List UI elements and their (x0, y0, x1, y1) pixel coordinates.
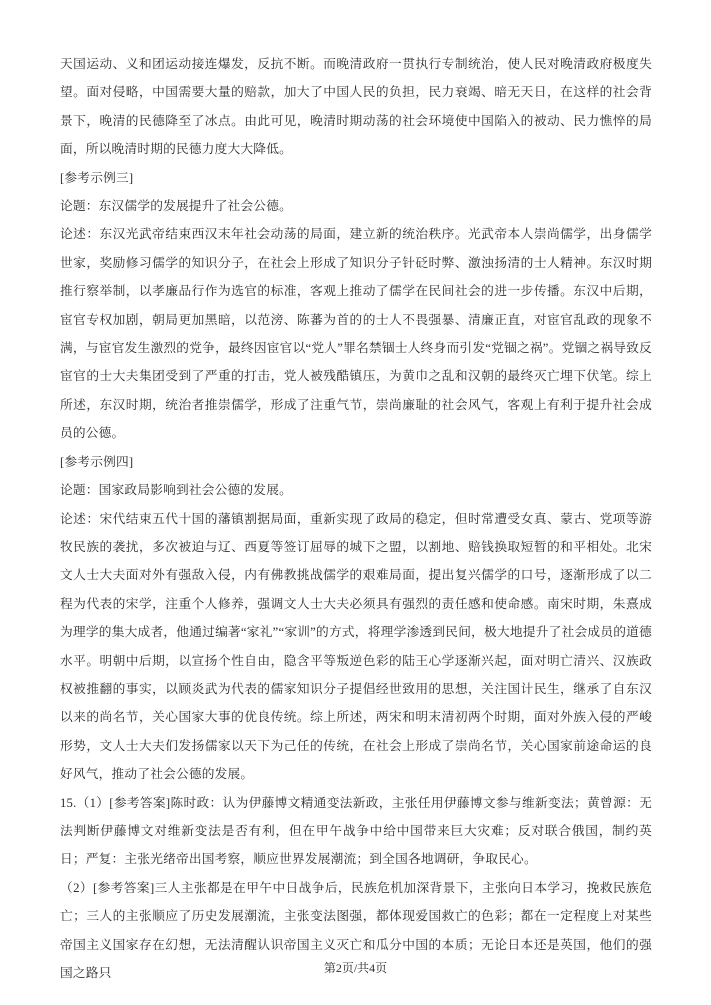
example-three-topic: 论题：东汉儒学的发展提升了社会公德。 (60, 192, 652, 220)
heading-reference-example-four: [参考示例四] (60, 448, 652, 476)
example-three-discussion: 论述：东汉光武帝结束西汉末年社会动荡的局面，建立新的统治秩序。光武帝本人崇尚儒学… (60, 220, 652, 447)
example-four-topic: 论题：国家政局影响到社会公德的发展。 (60, 476, 652, 504)
page-number: 第2页/共4页 (0, 958, 711, 978)
heading-reference-example-three: [参考示例三] (60, 164, 652, 192)
paragraph-late-qing-continuation: 天国运动、义和团运动接连爆发，反抗不断。而晚清政府一贯执行专制统治，使人民对晚清… (60, 50, 652, 164)
question-15-answer-part1: 15.（1）[参考答案]陈时政：认为伊藤博文精通变法新政，主张任用伊藤博文参与维… (60, 789, 652, 874)
document-page: 天国运动、义和团运动接连爆发，反抗不断。而晚清政府一贯执行专制统治，使人民对晚清… (0, 0, 711, 1005)
document-content: 天国运动、义和团运动接连爆发，反抗不断。而晚清政府一贯执行专制统治，使人民对晚清… (60, 50, 652, 987)
example-four-discussion: 论述：宋代结束五代十国的藩镇割据局面，重新实现了政局的稳定，但时常遭受女真、蒙古… (60, 505, 652, 789)
